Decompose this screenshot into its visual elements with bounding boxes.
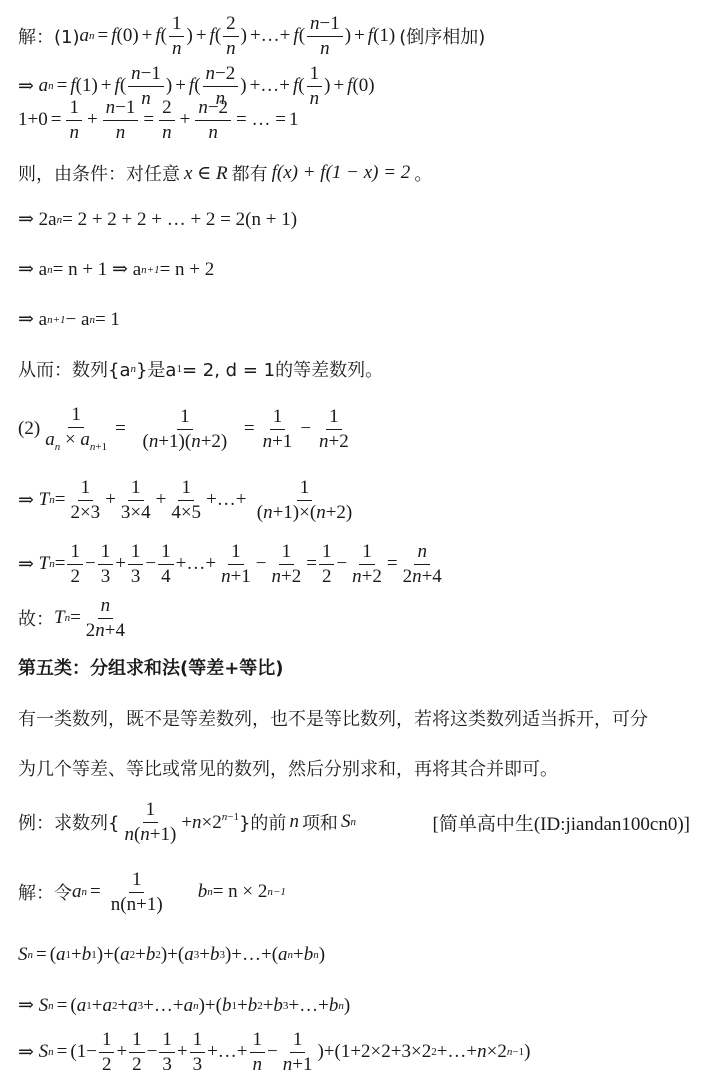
equation-part2-1: (2) 1an × an+1= 1(n+1)(n+2)= 1n+1− 1n+2 — [18, 405, 354, 453]
expr-rest: = 2 + 2 + 2 + … + 2 = 2(n + 1) — [62, 209, 297, 231]
equation-part2-3: ⇒ Tn= 12− 13+ 13− 14+…+ 1n+1− 1n+2= 12− … — [18, 542, 447, 587]
conclusion-arithmetic: 从而：数列{an }是a1 = 2, d = 1的等差数列。 — [18, 356, 383, 382]
paragraph-line-1: 有一类数列，既不是等差数列，也不是等比数列，若将这类数列适当拆开，可分 — [18, 705, 648, 731]
equation-line-6: ⇒ an = n + 1 ⇒ an+1 = n + 2 — [18, 258, 214, 281]
example-mid: }的前 — [239, 809, 286, 835]
source-tag: [简单高中生(ID:jiandan100cn0)] — [433, 809, 691, 836]
solution-label: 解：(1) — [18, 23, 80, 49]
equation-line-1: 解：(1) an =f(0)+f( 1n)+f( 2n)+…+f( n−1n)+… — [18, 14, 485, 59]
conclusion-rest: = 2, d = 1的等差数列。 — [182, 356, 383, 382]
pair-sum: 1+0 — [18, 109, 48, 131]
conclusion-Tn: 故： Tn= n2n+4 — [18, 596, 130, 641]
solution-definition: 解：令 an= 1n(n+1) bn = n × 2n−1 — [18, 870, 286, 915]
example-suffix: 项和 — [302, 809, 338, 835]
part-2-label: (2) — [18, 418, 40, 440]
conclusion-mid: }是a — [136, 356, 176, 382]
condition-line: 则，由条件：对任意 x ∈ R 都有 f(x) + f(1 − x) = 2 。 — [18, 160, 432, 186]
expr-an: ⇒ a — [18, 258, 47, 281]
example-S: S — [341, 811, 351, 833]
superscript: n−1 — [267, 886, 285, 898]
equation-line-7: ⇒ an+1 − an = 1 — [18, 308, 120, 331]
note-reverse-add: (倒序相加) — [399, 23, 485, 49]
sum-line-1: Sn=(a1+b1)+(a2+b2)+(a3+b3)+…+(an+bn) — [18, 944, 325, 966]
paragraph-line-2: 为几个等差、等比或常见的数列，然后分别求和，再将其合并即可。 — [18, 755, 558, 781]
b-rest: = n × 2 — [213, 881, 268, 903]
section-heading: 第五类：分组求和法(等差+等比) — [18, 654, 284, 680]
has-text: 都有 — [232, 160, 268, 186]
implies-arrow: ⇒ — [18, 75, 34, 98]
sum-line-3: ⇒ Sn=(1− 12+ 12− 13+ 13+…+ 1n− 1n+1)+(1+… — [18, 1030, 530, 1075]
domain-expr: x ∈ R — [184, 162, 228, 185]
subscript: n — [350, 816, 356, 828]
subscript: n+1 — [47, 314, 65, 326]
condition-text: 则，由条件：对任意 — [18, 160, 180, 186]
expr-an1: ⇒ a — [18, 308, 47, 331]
period: 。 — [414, 160, 432, 186]
example-n: n — [289, 811, 299, 833]
equation-part2-2: ⇒ Tn= 12×3+ 13×4+ 14×5+…+ 1(n+1)×(n+2) — [18, 478, 363, 523]
expr-mid: − a — [66, 309, 90, 331]
therefore-label: 故： — [18, 605, 54, 631]
example-line: 例：求数列{ 1n(n+1) +n×2n−1 }的前 n 项和 Sn [简单高中… — [18, 800, 690, 845]
expr-mid: = n + 1 ⇒ a — [53, 258, 142, 281]
equation-line-3: 1+0= 1n+ n−1n= 2n+ n−2n= … =1 — [18, 98, 298, 143]
subscript: n+1 — [141, 264, 159, 276]
expr-rest: = n + 2 — [160, 259, 215, 281]
expr-rest: = 1 — [95, 309, 120, 331]
sum-line-2: ⇒ Sn=(a1+a2+a3+…+an)+(b1+b2+b3+…+bn) — [18, 994, 350, 1017]
solution-prefix: 解：令 — [18, 879, 72, 905]
example-prefix: 例：求数列{ — [18, 809, 119, 835]
equation-line-5: ⇒ 2an = 2 + 2 + 2 + … + 2 = 2(n + 1) — [18, 208, 297, 231]
functional-equation: f(x) + f(1 − x) = 2 — [272, 162, 411, 184]
b-term: b — [198, 881, 208, 903]
expr-2an: ⇒ 2a — [18, 208, 57, 231]
conclusion-text: 从而：数列{a — [18, 356, 130, 382]
